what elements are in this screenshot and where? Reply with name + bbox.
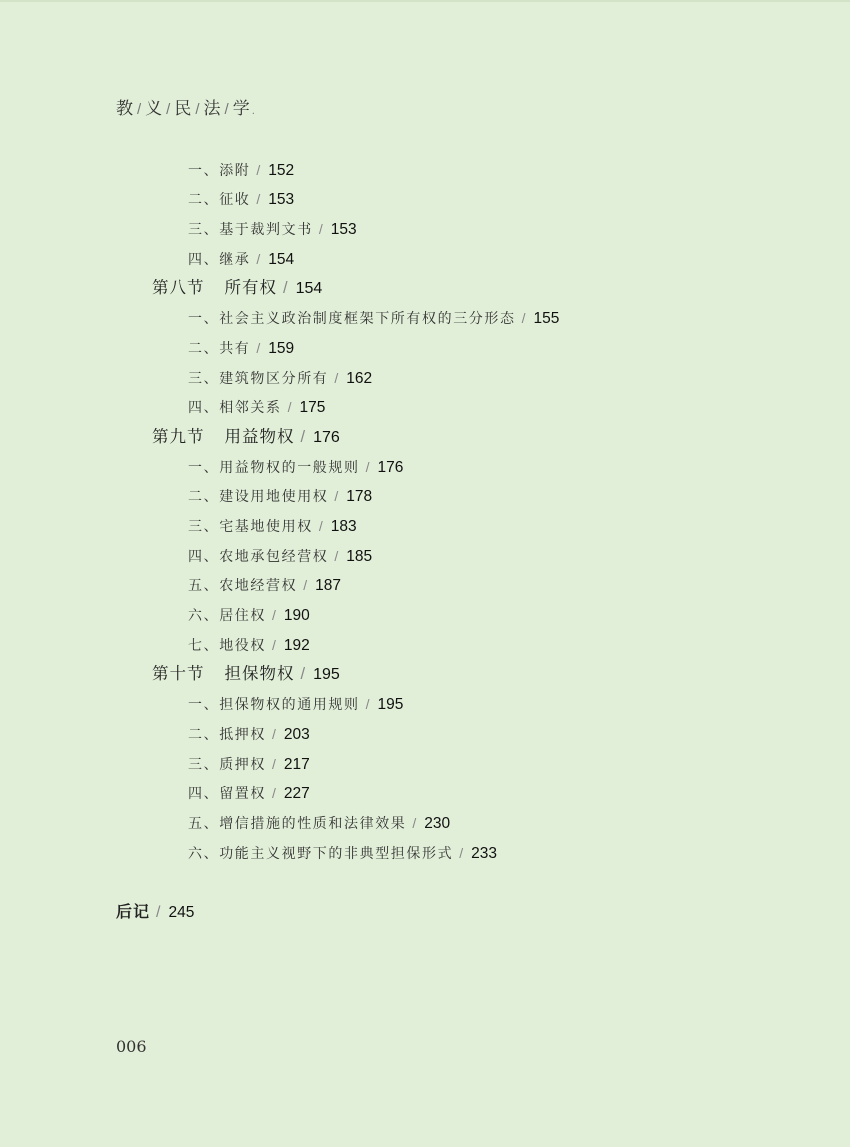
toc-subsection-entry[interactable]: 二、共有/159 <box>188 338 294 359</box>
entry-page-number: 162 <box>346 370 372 387</box>
toc-subsection-entry[interactable]: 六、居住权/190 <box>188 605 310 626</box>
entry-title: 二、抵押权 <box>188 727 266 743</box>
toc-section-entry[interactable]: 第九节用益物权/176 <box>152 427 340 448</box>
toc-separator: / <box>360 696 378 712</box>
entry-page-number: 176 <box>313 429 340 446</box>
entry-page-number: 187 <box>315 577 341 594</box>
entry-page-number: 227 <box>284 785 310 802</box>
toc-separator: / <box>266 726 284 742</box>
toc-separator: / <box>313 518 331 534</box>
toc-separator: / <box>266 785 284 801</box>
toc-separator: / <box>250 340 268 356</box>
toc-subsection-entry[interactable]: 五、增信措施的性质和法律效果/230 <box>188 813 450 834</box>
entry-page-number: 203 <box>284 726 310 743</box>
entry-page-number: 178 <box>346 488 372 505</box>
toc-subsection-entry[interactable]: 七、地役权/192 <box>188 635 310 656</box>
running-head-separator: / <box>221 101 233 118</box>
toc-separator: / <box>266 607 284 623</box>
entry-title: 用益物权 <box>225 427 295 446</box>
running-head: 教/义/民/法/学. <box>116 94 255 119</box>
entry-page-number: 185 <box>346 548 372 565</box>
toc-subsection-entry[interactable]: 二、抵押权/203 <box>188 724 310 745</box>
running-head-part: 民 <box>174 99 191 119</box>
toc-section-entry[interactable]: 第十节担保物权/195 <box>152 664 340 685</box>
entry-title: 一、用益物权的一般规则 <box>188 460 360 476</box>
toc-separator: / <box>250 251 268 267</box>
toc-subsection-entry[interactable]: 三、质押权/217 <box>188 754 310 775</box>
entry-title: 一、担保物权的通用规则 <box>188 697 360 713</box>
toc-separator: / <box>406 815 424 831</box>
entry-title: 担保物权 <box>225 664 295 683</box>
toc-separator: / <box>297 577 315 593</box>
toc-separator: / <box>360 459 378 475</box>
entry-page-number: 154 <box>296 280 323 297</box>
toc-subsection-entry[interactable]: 五、农地经营权/187 <box>188 575 341 596</box>
running-head-separator: / <box>133 101 145 118</box>
entry-page-number: 230 <box>424 815 450 832</box>
toc-subsection-entry[interactable]: 四、农地承包经营权/185 <box>188 546 372 567</box>
entry-title: 五、农地经营权 <box>188 578 297 594</box>
running-head-separator: / <box>162 101 174 118</box>
entry-title: 二、共有 <box>188 341 250 357</box>
toc-subsection-entry[interactable]: 一、担保物权的通用规则/195 <box>188 694 403 715</box>
running-head-part: 教 <box>116 99 133 119</box>
toc-separator: / <box>250 162 268 178</box>
entry-page-number: 192 <box>284 637 310 654</box>
entry-page-number: 153 <box>331 221 357 238</box>
toc-separator: / <box>516 310 534 326</box>
page-top-edge <box>0 0 850 2</box>
toc-subsection-entry[interactable]: 二、建设用地使用权/178 <box>188 486 372 507</box>
entry-title: 二、建设用地使用权 <box>188 489 328 505</box>
toc-subsection-entry[interactable]: 一、社会主义政治制度框架下所有权的三分形态/155 <box>188 308 559 329</box>
toc-separator: / <box>328 370 346 386</box>
entry-title: 五、增信措施的性质和法律效果 <box>188 816 406 832</box>
entry-page-number: 190 <box>284 607 310 624</box>
entry-title: 四、留置权 <box>188 786 266 802</box>
toc-subsection-entry[interactable]: 三、宅基地使用权/183 <box>188 516 357 537</box>
entry-page-number: 183 <box>331 518 357 535</box>
toc-subsection-entry[interactable]: 三、基于裁判文书/153 <box>188 219 357 240</box>
toc-subsection-entry[interactable]: 四、继承/154 <box>188 249 294 270</box>
entry-title: 三、基于裁判文书 <box>188 222 313 238</box>
entry-page-number: 195 <box>313 666 340 683</box>
entry-title: 二、征收 <box>188 192 250 208</box>
section-number: 第八节 <box>152 278 205 297</box>
entry-title: 四、继承 <box>188 252 250 268</box>
page-folio-number: 006 <box>116 1037 147 1056</box>
entry-title: 六、居住权 <box>188 608 266 624</box>
entry-page-number: 159 <box>268 340 294 357</box>
toc-separator: / <box>277 279 296 297</box>
toc-separator: / <box>328 548 346 564</box>
toc-separator: / <box>295 665 314 683</box>
toc-separator: / <box>328 488 346 504</box>
toc-subsection-entry[interactable]: 六、功能主义视野下的非典型担保形式/233 <box>188 843 497 864</box>
section-number: 第十节 <box>152 664 205 683</box>
entry-title: 所有权 <box>225 278 278 297</box>
afterword-page-number: 245 <box>168 904 194 921</box>
toc-separator: / <box>250 191 268 207</box>
toc-subsection-entry[interactable]: 一、添附/152 <box>188 160 294 181</box>
toc-subsection-entry[interactable]: 二、征收/153 <box>188 189 294 210</box>
running-head-dot: . <box>250 106 255 117</box>
entry-page-number: 154 <box>268 251 294 268</box>
entry-page-number: 152 <box>268 162 294 179</box>
entry-title: 三、宅基地使用权 <box>188 519 313 535</box>
entry-title: 一、社会主义政治制度框架下所有权的三分形态 <box>188 311 516 327</box>
entry-page-number: 217 <box>284 756 310 773</box>
entry-page-number: 155 <box>534 310 560 327</box>
toc-separator: / <box>313 221 331 237</box>
toc-separator: / <box>150 904 168 921</box>
toc-subsection-entry[interactable]: 四、相邻关系/175 <box>188 397 325 418</box>
running-head-part: 法 <box>204 99 221 119</box>
entry-title: 四、相邻关系 <box>188 400 282 416</box>
entry-page-number: 233 <box>471 845 497 862</box>
toc-subsection-entry[interactable]: 三、建筑物区分所有/162 <box>188 368 372 389</box>
entry-title: 一、添附 <box>188 163 250 179</box>
running-head-separator: / <box>191 101 203 118</box>
section-number: 第九节 <box>152 427 205 446</box>
toc-subsection-entry[interactable]: 四、留置权/227 <box>188 783 310 804</box>
running-head-part: 学 <box>233 99 250 119</box>
toc-separator: / <box>453 845 471 861</box>
toc-afterword-entry[interactable]: 后记/245 <box>116 902 194 923</box>
afterword-label: 后记 <box>116 902 150 921</box>
toc-separator: / <box>266 756 284 772</box>
entry-title: 七、地役权 <box>188 638 266 654</box>
entry-page-number: 153 <box>268 191 294 208</box>
entry-page-number: 195 <box>378 696 404 713</box>
toc-separator: / <box>282 399 300 415</box>
toc-subsection-entry[interactable]: 一、用益物权的一般规则/176 <box>188 457 403 478</box>
entry-title: 六、功能主义视野下的非典型担保形式 <box>188 846 453 862</box>
toc-section-entry[interactable]: 第八节所有权/154 <box>152 278 322 299</box>
running-head-part: 义 <box>145 99 162 119</box>
entry-title: 四、农地承包经营权 <box>188 549 328 565</box>
entry-title: 三、建筑物区分所有 <box>188 371 328 387</box>
entry-title: 三、质押权 <box>188 757 266 773</box>
toc-separator: / <box>266 637 284 653</box>
toc-separator: / <box>295 428 314 446</box>
entry-page-number: 175 <box>300 399 326 416</box>
entry-page-number: 176 <box>378 459 404 476</box>
